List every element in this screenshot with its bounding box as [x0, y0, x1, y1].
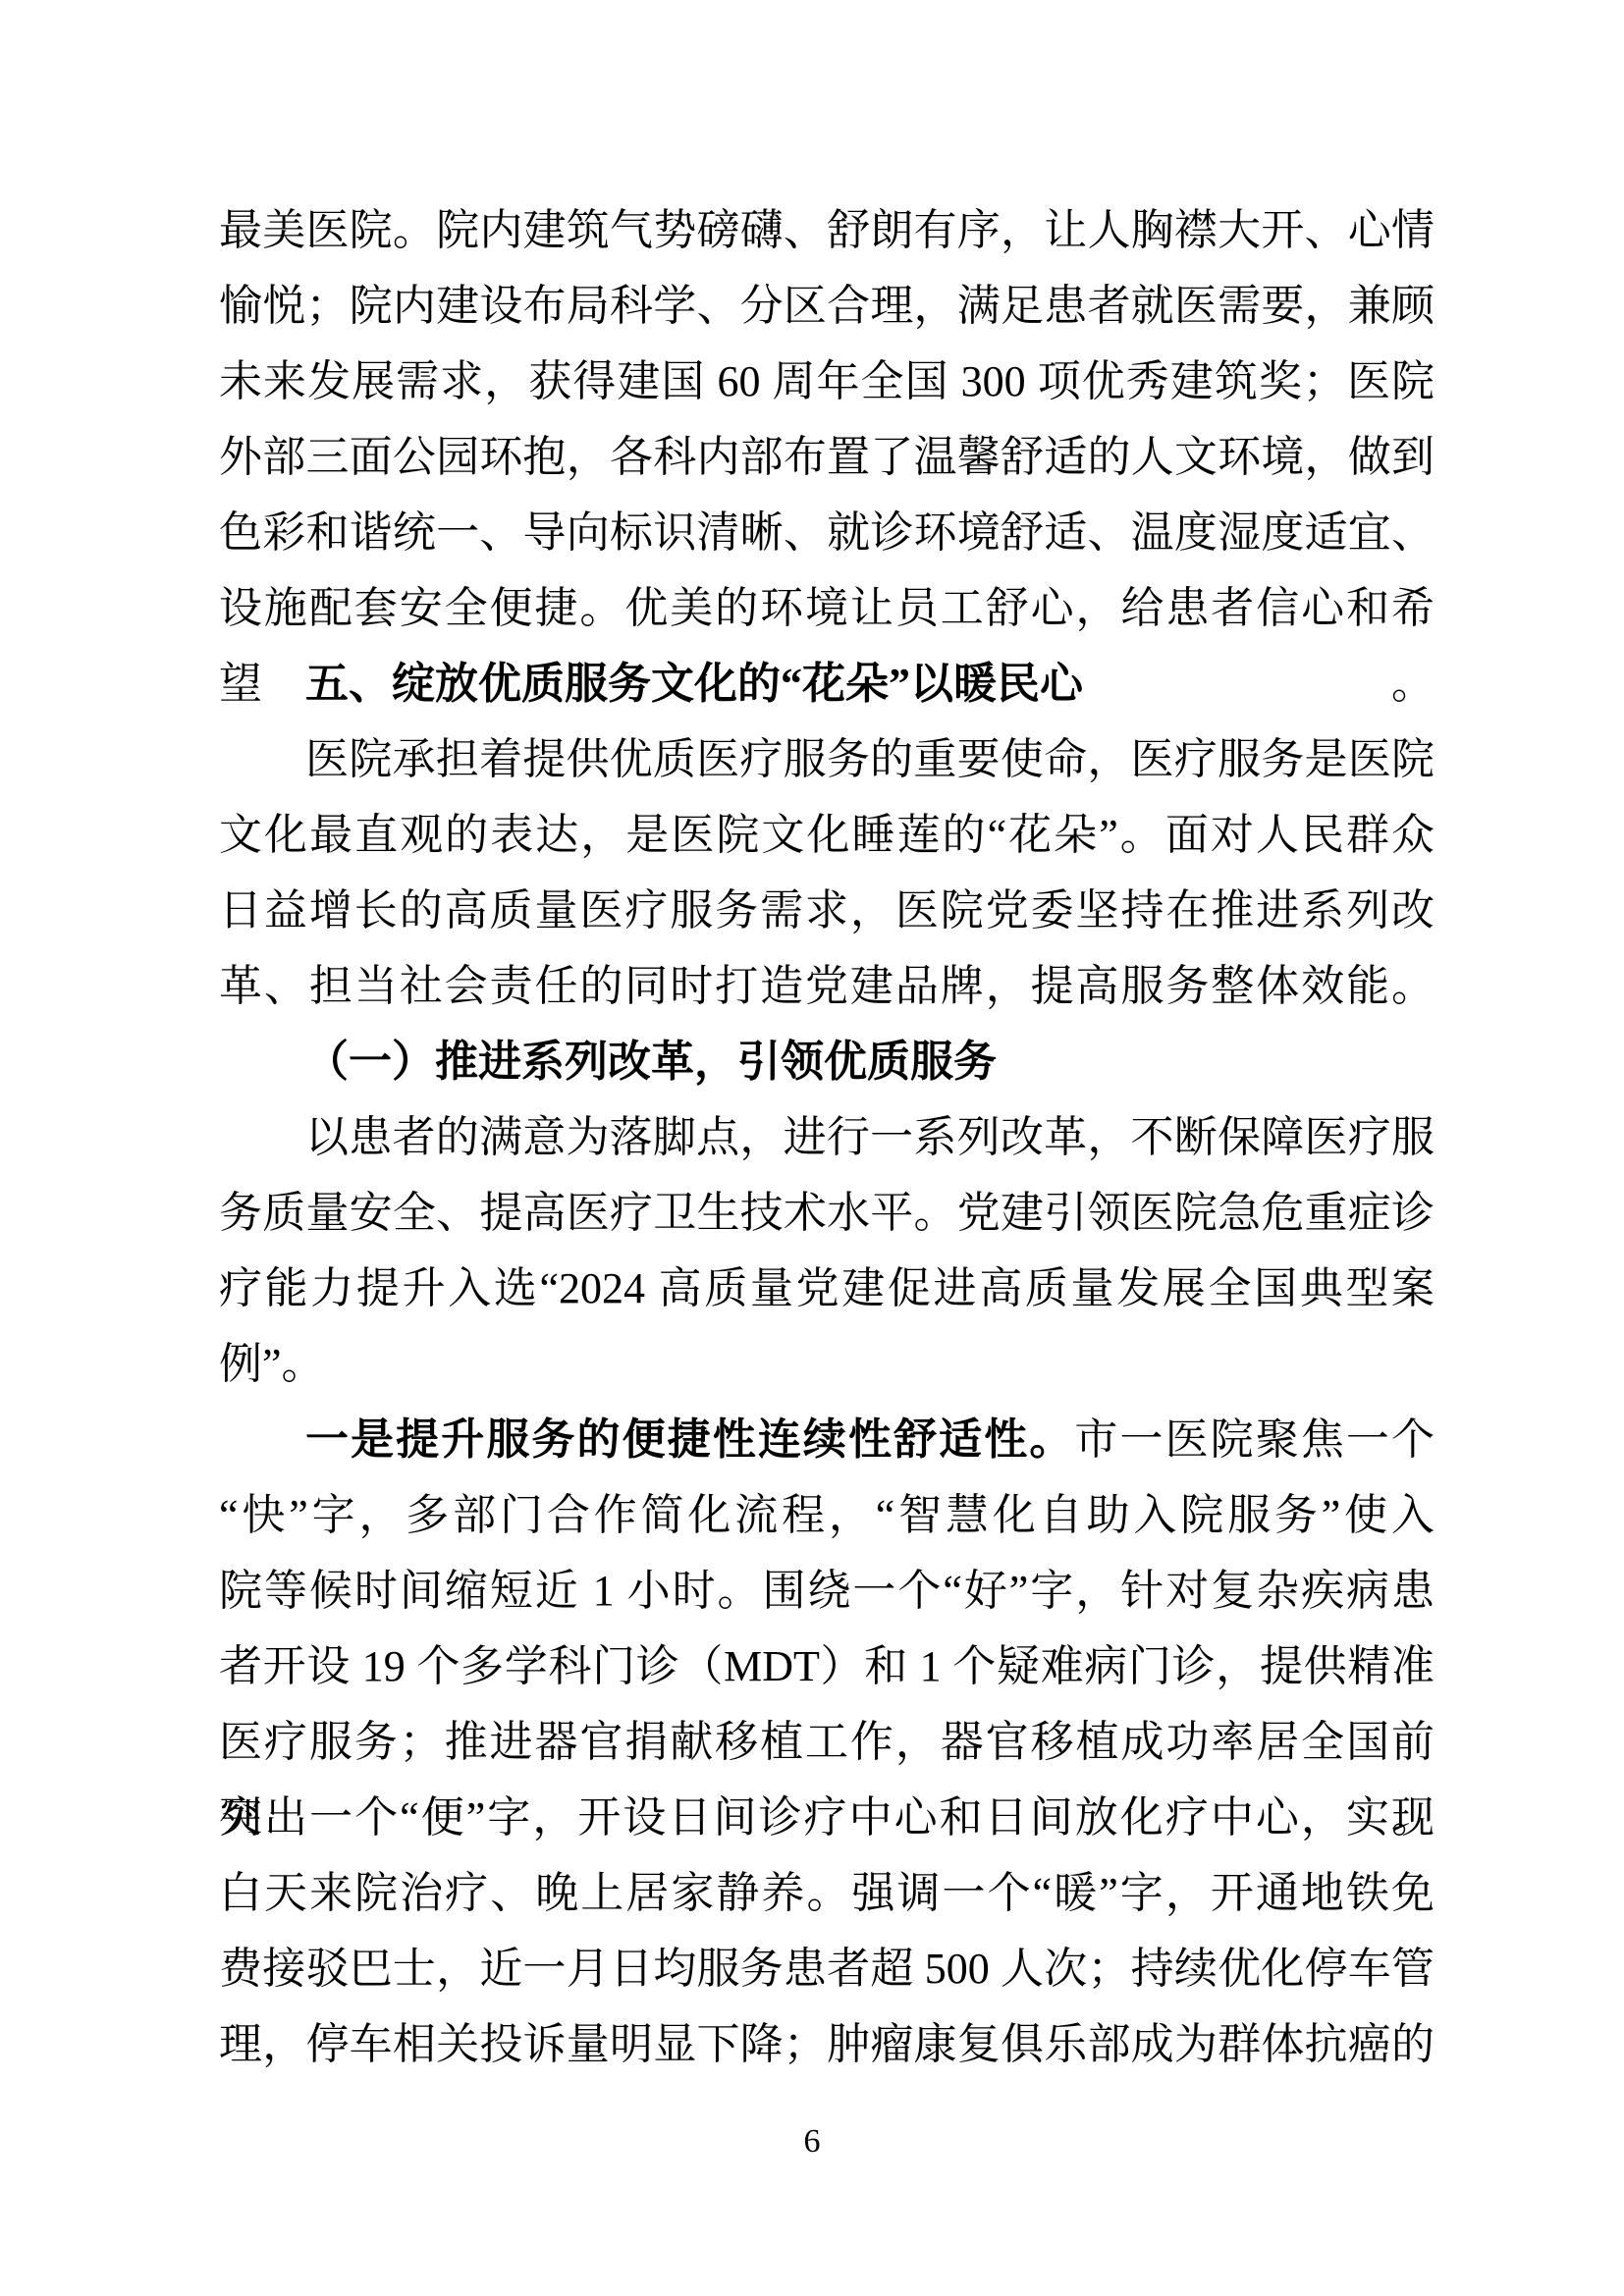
body-text-line: 务质量安全、提高医疗卫生技术水平。党建引领医院急危重症诊	[219, 1175, 1435, 1251]
body-text-line: 费接驳巴士，近一月日均服务患者超 500 人次；持续优化停车管	[219, 1931, 1435, 2006]
paragraph-lead-line: 一是提升服务的便捷性连续性舒适性。市一医院聚焦一个	[219, 1402, 1435, 1477]
body-text-line: 最美医院。院内建筑气势磅礴、舒朗有序，让人胸襟大开、心情	[219, 192, 1435, 268]
body-text-line: 设施配套安全便捷。优美的环境让员工舒心，给患者信心和希望。	[219, 570, 1435, 646]
body-text-line: 者开设 19 个多学科门诊（MDT）和 1 个疑难病门诊，提供精准	[219, 1629, 1435, 1704]
body-text-line: 医疗服务；推进器官捐献移植工作，器官移植成功率居全国前列。	[219, 1704, 1435, 1780]
body-text-line: 外部三面公园环抱，各科内部布置了温馨舒适的人文环境，做到	[219, 419, 1435, 495]
body-text-line: 未来发展需求，获得建国 60 周年全国 300 项优秀建筑奖；医院	[219, 344, 1435, 419]
body-text-line: 疗能力提升入选“2024 高质量党建促进高质量发展全国典型案	[219, 1251, 1435, 1326]
body-text-line: 例”。	[219, 1326, 1435, 1402]
body-text-line: “快”字，多部门合作简化流程，“智慧化自助入院服务”使入	[219, 1477, 1435, 1553]
body-text-line: 文化最直观的表达，是医院文化睡莲的“花朵”。面对人民群众	[219, 797, 1435, 873]
body-text-line: 院等候时间缩短近 1 小时。围绕一个“好”字，针对复杂疾病患	[219, 1553, 1435, 1629]
body-text-line: 愉悦；院内建设布局科学、分区合理，满足患者就医需要，兼顾	[219, 268, 1435, 344]
bold-lead-text: 一是提升服务的便捷性连续性舒适性。	[305, 1415, 1074, 1464]
document-page: 最美医院。院内建筑气势磅礴、舒朗有序，让人胸襟大开、心情 愉悦；院内建设布局科学…	[0, 0, 1624, 2296]
body-text-line: 日益增长的高质量医疗服务需求，医院党委坚持在推进系列改	[219, 873, 1435, 948]
lead-rest-text: 市一医院聚焦一个	[1074, 1415, 1435, 1464]
body-text-line: 色彩和谐统一、导向标识清晰、就诊环境舒适、温度湿度适宜、	[219, 495, 1435, 570]
body-text-line: 医院承担着提供优质医疗服务的重要使命，医疗服务是医院	[219, 721, 1435, 797]
body-text-line: 突出一个“便”字，开设日间诊疗中心和日间放化疗中心，实现	[219, 1780, 1435, 1855]
page-number: 6	[0, 2122, 1624, 2162]
body-text-line: 白天来院治疗、晚上居家静养。强调一个“暖”字，开通地铁免	[219, 1855, 1435, 1931]
body-text-line: 理，停车相关投诉量明显下降；肿瘤康复俱乐部成为群体抗癌的	[219, 2006, 1435, 2082]
body-text-line: 以患者的满意为落脚点，进行一系列改革，不断保障医疗服	[219, 1099, 1435, 1175]
body-text-line: 革、担当社会责任的同时打造党建品牌，提高服务整体效能。	[219, 948, 1435, 1024]
subsection-heading: （一）推进系列改革，引领优质服务	[219, 1024, 1435, 1099]
document-text-block: 最美医院。院内建筑气势磅礴、舒朗有序，让人胸襟大开、心情 愉悦；院内建设布局科学…	[219, 192, 1435, 2082]
